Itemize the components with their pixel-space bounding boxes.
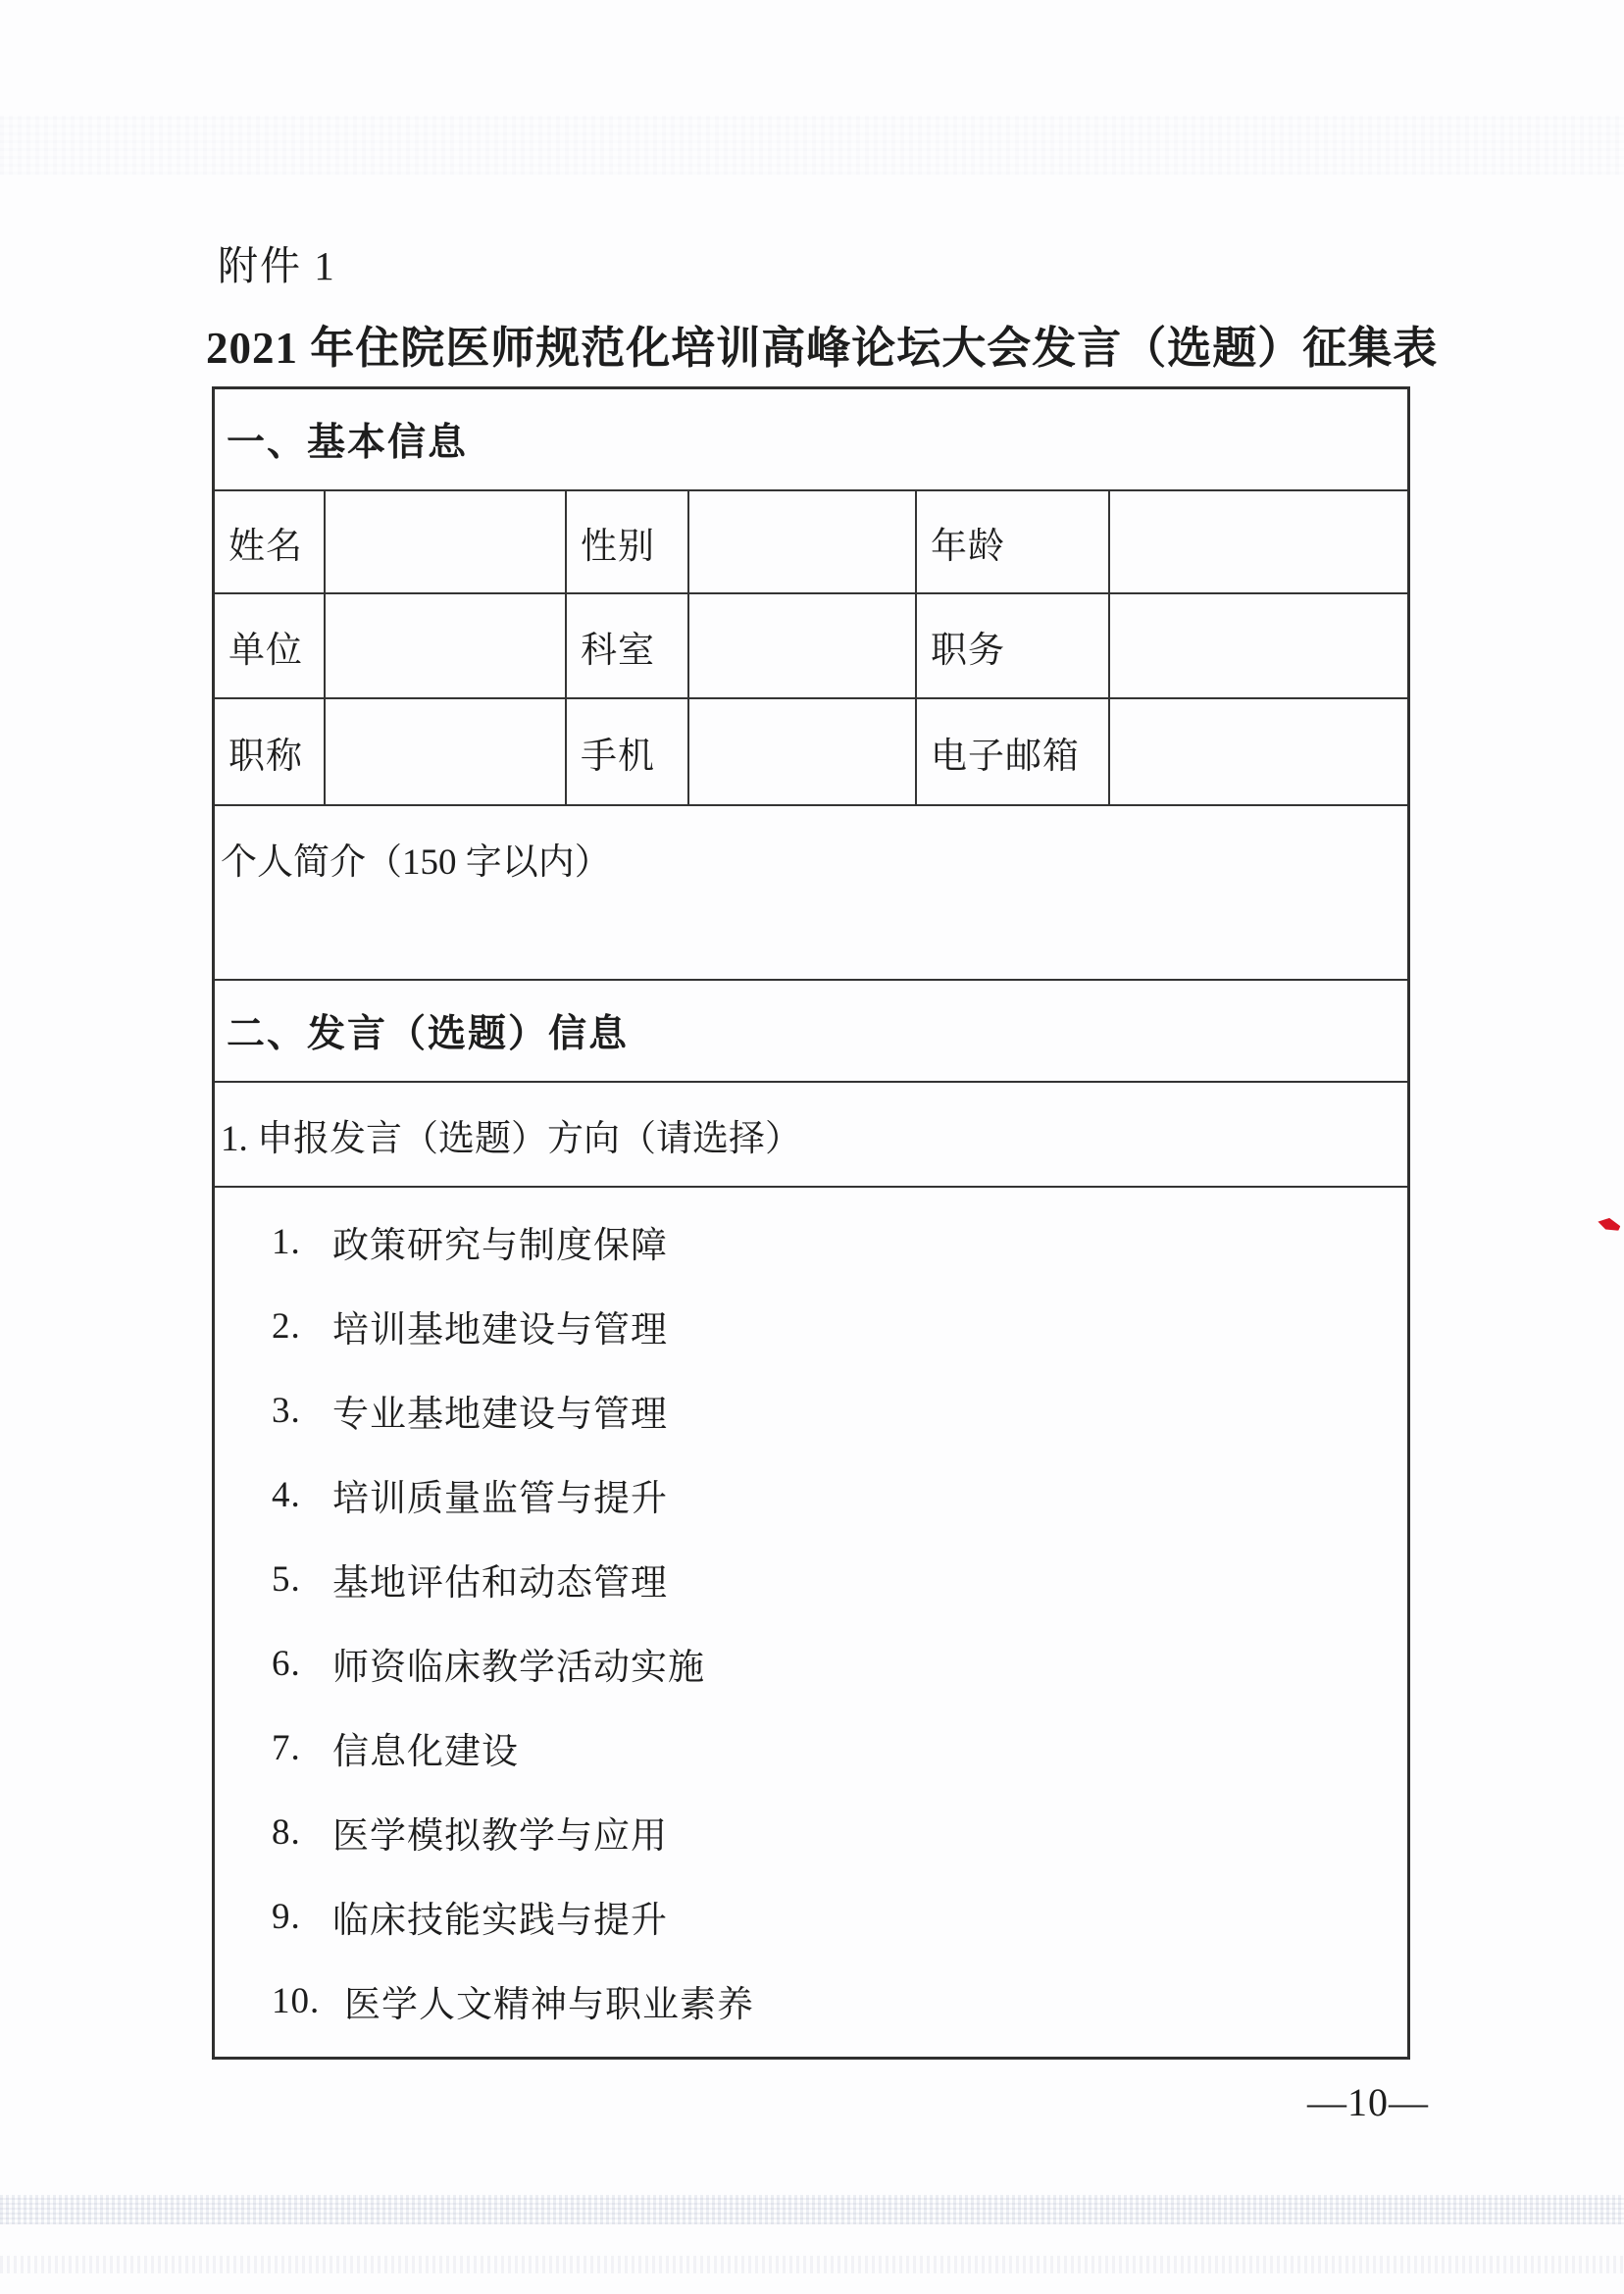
option-number: 10. xyxy=(272,1980,323,2022)
option-text: 专业基地建设与管理 xyxy=(332,1384,668,1437)
collection-form-table: 一、基本信息 姓名 性别 年龄 单位 科室 职务 职称 手机 电子邮箱 个人 xyxy=(212,386,1410,2060)
option-text: 医学模拟教学与应用 xyxy=(332,1806,668,1859)
organization-label-cell: 单位 xyxy=(215,594,326,697)
mobile-label-cell: 手机 xyxy=(567,699,689,804)
option-number: 2. xyxy=(272,1305,305,1348)
option-text: 医学人文精神与职业素养 xyxy=(344,1974,754,2027)
option-number: 6. xyxy=(272,1643,305,1685)
profile-cell: 个人简介（150 字以内） xyxy=(215,806,1407,981)
scan-noise-band-bottom-edge xyxy=(0,2256,1624,2273)
page-number: —10— xyxy=(1294,2079,1442,2125)
scan-noise-band-top xyxy=(0,116,1624,175)
form-title: 2021 年住院医师规范化培训高峰论坛大会发言（选题）征集表 xyxy=(206,312,1414,376)
topic-option-8: 8.医学模拟教学与应用 xyxy=(215,1790,1407,1874)
professional-title-label-cell: 职称 xyxy=(215,699,326,804)
mobile-value-cell xyxy=(689,699,917,804)
topic-option-2: 2.培训基地建设与管理 xyxy=(215,1284,1407,1368)
table-row: 单位 科室 职务 xyxy=(215,594,1407,699)
topic-info-heading: 二、发言（选题）信息 xyxy=(215,981,1407,1083)
topic-option-1: 1.政策研究与制度保障 xyxy=(215,1199,1407,1284)
option-text: 信息化建设 xyxy=(332,1721,519,1774)
name-value-cell xyxy=(326,491,567,592)
option-text: 师资临床教学活动实施 xyxy=(332,1637,705,1690)
department-value-cell xyxy=(689,594,917,697)
scanned-form-page: 附件 1 2021 年住院医师规范化培训高峰论坛大会发言（选题）征集表 一、基本… xyxy=(0,0,1624,2294)
age-value-cell xyxy=(1110,491,1407,592)
table-row: 职称 手机 电子邮箱 xyxy=(215,699,1407,806)
topic-option-4: 4.培训质量监管与提升 xyxy=(215,1453,1407,1537)
gender-value-cell xyxy=(689,491,917,592)
topic-option-6: 6.师资临床教学活动实施 xyxy=(215,1621,1407,1706)
topic-options-cell: 1.政策研究与制度保障 2.培训基地建设与管理 3.专业基地建设与管理 4.培训… xyxy=(215,1188,1407,2057)
option-number: 4. xyxy=(272,1474,305,1516)
option-number: 8. xyxy=(272,1811,305,1854)
email-value-cell xyxy=(1110,699,1407,804)
table-row: 姓名 性别 年龄 xyxy=(215,491,1407,594)
topic-direction-question: 1. 申报发言（选题）方向（请选择） xyxy=(215,1083,1407,1188)
topic-option-7: 7.信息化建设 xyxy=(215,1706,1407,1790)
option-number: 7. xyxy=(272,1727,305,1769)
topic-option-5: 5.基地评估和动态管理 xyxy=(215,1537,1407,1621)
attachment-label: 附件 1 xyxy=(218,233,336,291)
option-number: 3. xyxy=(272,1390,305,1432)
email-label-cell: 电子邮箱 xyxy=(917,699,1110,804)
option-text: 培训基地建设与管理 xyxy=(332,1300,668,1352)
name-label-cell: 姓名 xyxy=(215,491,326,592)
red-ink-mark xyxy=(1598,1217,1621,1234)
position-value-cell xyxy=(1110,594,1407,697)
department-label-cell: 科室 xyxy=(567,594,689,697)
position-label-cell: 职务 xyxy=(917,594,1110,697)
topic-option-10: 10.医学人文精神与职业素养 xyxy=(215,1959,1407,2043)
topic-option-9: 9.临床技能实践与提升 xyxy=(215,1874,1407,1959)
professional-title-value-cell xyxy=(326,699,567,804)
gender-label-cell: 性别 xyxy=(567,491,689,592)
topic-options-list: 1.政策研究与制度保障 2.培训基地建设与管理 3.专业基地建设与管理 4.培训… xyxy=(215,1199,1407,2043)
basic-info-heading: 一、基本信息 xyxy=(215,389,1407,491)
option-number: 9. xyxy=(272,1896,305,1938)
option-text: 政策研究与制度保障 xyxy=(332,1215,668,1268)
option-text: 培训质量监管与提升 xyxy=(332,1468,668,1521)
option-number: 5. xyxy=(272,1558,305,1601)
organization-value-cell xyxy=(326,594,567,697)
age-label-cell: 年龄 xyxy=(917,491,1110,592)
option-number: 1. xyxy=(272,1221,305,1263)
profile-label: 个人简介（150 字以内） xyxy=(221,842,611,883)
scan-noise-band-bottom xyxy=(0,2195,1624,2224)
topic-option-3: 3.专业基地建设与管理 xyxy=(215,1368,1407,1453)
option-text: 临床技能实践与提升 xyxy=(332,1890,668,1943)
option-text: 基地评估和动态管理 xyxy=(332,1553,668,1606)
